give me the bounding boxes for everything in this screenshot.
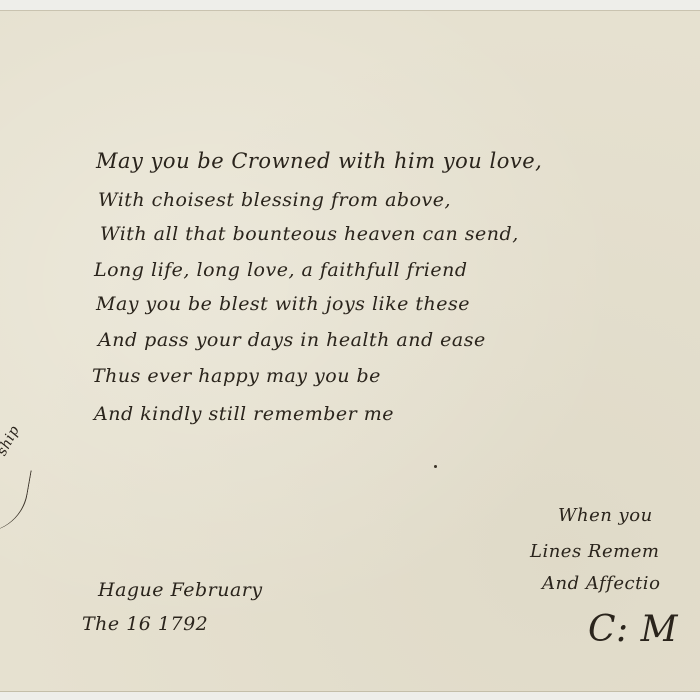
manuscript-page: May you be Crowned with him you love, Wi… bbox=[0, 10, 700, 692]
poem-line-4: Long life, long love, a faithfull friend bbox=[94, 259, 468, 281]
dateline-date: The 16 1792 bbox=[82, 613, 208, 635]
poem-line-7: Thus ever happy may you be bbox=[92, 365, 381, 387]
poem-line-1: May you be Crowned with him you love, bbox=[96, 149, 542, 173]
signature: C: M bbox=[588, 609, 678, 650]
ink-dot bbox=[434, 465, 437, 468]
poem-line-6: And pass your days in health and ease bbox=[98, 329, 486, 351]
poem-line-5: May you be blest with joys like these bbox=[96, 293, 470, 315]
poem-line-8: And kindly still remember me bbox=[94, 403, 394, 425]
closing-line-1: When you bbox=[558, 505, 653, 526]
margin-flourish bbox=[0, 463, 32, 540]
closing-line-3: And Affectio bbox=[542, 573, 660, 594]
margin-note: ship bbox=[0, 423, 23, 458]
poem-line-3: With all that bounteous heaven can send, bbox=[100, 223, 519, 245]
poem-line-2: With choisest blessing from above, bbox=[98, 189, 451, 211]
poem-block: May you be Crowned with him you love, Wi… bbox=[92, 11, 692, 511]
dateline-place: Hague February bbox=[98, 579, 263, 601]
closing-line-2: Lines Remem bbox=[530, 541, 659, 562]
